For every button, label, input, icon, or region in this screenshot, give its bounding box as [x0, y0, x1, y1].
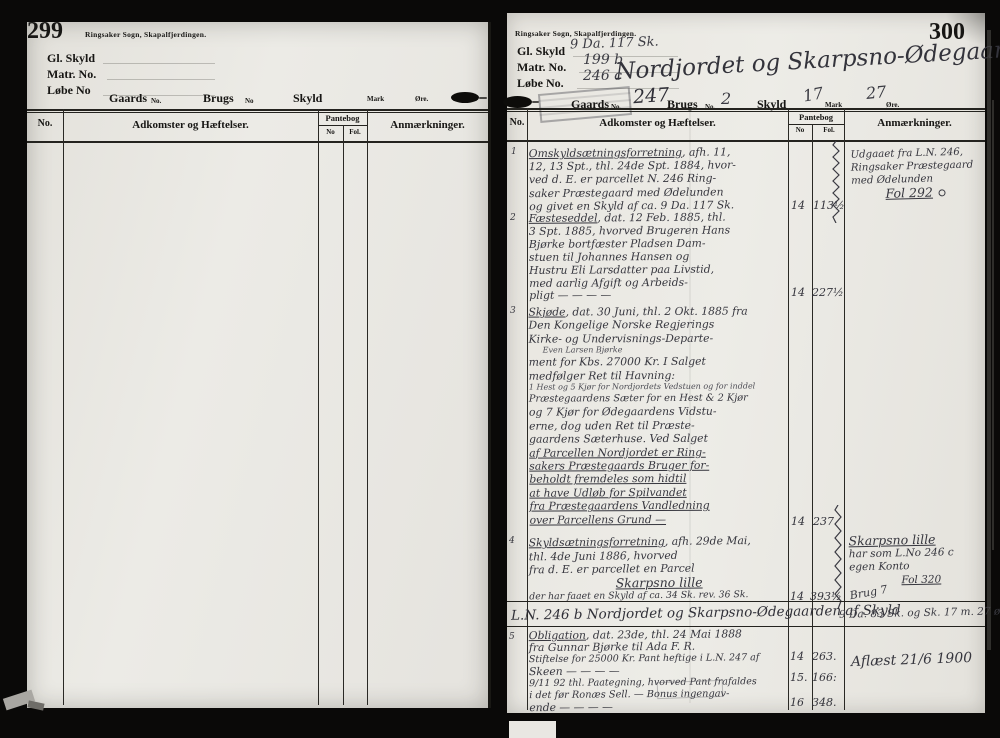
entry-number: 2 [510, 213, 516, 223]
handwriting-line: pligt — — — — [529, 289, 789, 304]
ruled-leader [103, 63, 215, 64]
entry-keyword: Skjøde [528, 305, 565, 318]
pantebog-no-value: 14 [791, 515, 805, 528]
pantebog-no-value: 14 [790, 650, 804, 663]
ruling-line [27, 109, 488, 111]
circle-mark-icon [939, 189, 946, 196]
handwriting-line: fra Præstegaardens Vandledning [529, 499, 789, 514]
pantebog-no-value: 14 [791, 286, 805, 299]
col-pb-no-header: No [788, 126, 812, 134]
gaards-label: Gaards [109, 91, 147, 106]
handwriting-line: ende — — — — [529, 700, 789, 714]
handwriting-line: erne, dog uden Ret til Præste- [529, 418, 789, 433]
brugs-no-label: No [245, 97, 254, 105]
ink-blot-tail [479, 97, 487, 99]
entry-keyword: Omskyldsætningsforretning [529, 146, 682, 160]
ruling-line [507, 108, 985, 110]
ink-blot [451, 92, 479, 103]
handwriting-line: at have Udløb for Spilvandet [529, 485, 789, 500]
ruling-line [788, 124, 844, 125]
gl-skyld-label: Gl. Skyld [47, 51, 95, 66]
entry-number: 5 [509, 632, 515, 642]
register-entry: Obligation, dat. 23de, thl. 24 Mai 1888 … [529, 628, 790, 714]
pantebog-no-value: 16 [790, 696, 804, 709]
entry-number: 3 [510, 306, 516, 316]
col-adkomster-header: Adkomster og Hæftelser. [527, 117, 788, 129]
pantebog-fol-value: 166: [812, 671, 837, 684]
handwriting-line: Den Kongelige Norske Regjerings [528, 318, 788, 333]
gaards-no-label: No. [611, 103, 621, 111]
ore-label: Øre. [415, 95, 428, 103]
pantebog-no-value: 14 [791, 199, 805, 212]
matr-no-label: Matr. No. [47, 67, 96, 82]
brace-icon [831, 141, 841, 223]
handwriting-line: medfølger Ret til Havning: [529, 368, 789, 383]
page-number: 299 [27, 18, 63, 45]
entry-number: 4 [509, 536, 515, 546]
register-entry: Fæsteseddel, dat. 12 Feb. 1885, thl. 3 S… [529, 211, 790, 303]
farm-name: Nordjordet og Skarpsno-Ødegaarden [615, 35, 1000, 85]
handwriting-line: og 7 Kjør for Ødegaardens Vidstu- [529, 405, 789, 420]
handwriting-line: gaardens Sæterhuse. Ved Salget [529, 432, 789, 447]
entry-keyword: Fæsteseddel [529, 211, 598, 224]
scan-notch [509, 721, 556, 738]
ink-blot [503, 96, 532, 108]
pantebog-no-value: 15. [790, 671, 808, 684]
register-entry: Skyldsætningsforretning, afh. 29de Mai, … [529, 534, 790, 605]
parish-heading: Ringsaker Sogn, Skapalfjerdingen. [85, 30, 206, 39]
handwriting-line: Skyldsætningsforretning, afh. 29de Mai, [529, 534, 789, 550]
handwriting-line: over Parcellens Grund — [530, 512, 790, 527]
ruled-leader [107, 79, 215, 80]
ruling-line [507, 140, 985, 142]
handwriting-line: ment for Kbs. 27000 Kr. I Salget [529, 355, 789, 370]
mark-label: Mark [367, 95, 384, 103]
skyld-mark-value: 17 [802, 83, 825, 105]
register-entry: Skjøde, dat. 30 Juni, thl. 2 Okt. 1885 f… [528, 304, 789, 526]
col-pantebog-header: Pantebog [318, 113, 367, 123]
skyld-ore-value: 27 [865, 82, 887, 103]
handwriting-line: Skjøde, dat. 30 Juni, thl. 2 Okt. 1885 f… [528, 304, 788, 319]
right-page: Ringsaker Sogn, Skapalfjerdingen. 300 Gl… [507, 13, 985, 713]
register-entry: Omskyldsætningsforretning, afh. 11, 12, … [529, 145, 790, 213]
brugs-label: Brugs [203, 91, 234, 106]
brace-icon [833, 505, 843, 609]
ruling-line [27, 141, 488, 143]
entry-keyword: Skyldsætningsforretning [529, 535, 665, 549]
ruling-line [507, 111, 985, 112]
handwriting-line: Præstegaardens Sæter for en Hest & 2 Kjø… [529, 391, 789, 406]
page-stack-edge [992, 100, 994, 550]
handwriting-line: beholdt fremdeles som hidtil [529, 472, 789, 487]
ruling-line [343, 125, 344, 705]
page-stack-edge [987, 30, 991, 650]
col-pb-fol-header: Fol. [343, 128, 367, 136]
ruling-line [63, 109, 64, 705]
gl-skyld-value: 9 Da. 117 Sk. [570, 34, 659, 52]
anm-block: Udgaaet fra L.N. 246, Ringsaker Præstega… [850, 145, 983, 200]
lobe-no-label: Løbe No [47, 83, 91, 98]
ruling-line [318, 109, 319, 705]
col-pb-fol-header: Fol. [814, 126, 844, 134]
col-no-header: No. [27, 118, 63, 129]
col-no-header: No. [507, 117, 527, 128]
gaards-no-label: No. [151, 97, 161, 105]
pantebog-fol-value: 237 [813, 515, 834, 528]
col-anm-header: Anmærkninger. [367, 119, 488, 131]
pantebog-fol-value: 227½ [812, 286, 844, 299]
anm-block: Skarpsno lille har som L.No 246 c egen K… [848, 532, 983, 589]
official-stamp [657, 680, 724, 699]
ruling-line [367, 109, 368, 705]
anm-note: Aflæst 21/6 1900 [851, 650, 973, 670]
handwriting-line: 1 Hest og 5 Kjør for Nordjordets Vedstue… [529, 381, 789, 392]
brugs-no-label: No. [705, 103, 715, 111]
entry-number: 1 [511, 147, 517, 157]
pantebog-fol-value: 348. [812, 696, 837, 709]
matr-no-label: Matr. No. [517, 60, 566, 75]
handwriting-line: af Parcellen Nordjordet er Ring- [529, 445, 789, 460]
left-page: 299 Ringsaker Sogn, Skapalfjerdingen. Gl… [27, 22, 488, 708]
summary-value: 9 Da. 83 Sk. og Sk. 17 m. 27 ø. [839, 605, 1000, 620]
ruling-line [27, 112, 488, 113]
handwriting-line: sakers Præstegaards Bruger for- [529, 458, 789, 473]
pantebog-fol-value: 263. [812, 650, 837, 663]
ruling-line [507, 626, 985, 627]
col-adkomster-header: Adkomster og Hæftelser. [63, 119, 318, 131]
skyld-label: Skyld [757, 97, 786, 112]
scanned-register-spread: { "left_page": { "page_number": "299", "… [0, 0, 1000, 738]
brugs-label: Brugs [667, 97, 698, 112]
gaards-label: Gaards [571, 97, 609, 112]
col-pb-no-header: No [318, 128, 343, 136]
gl-skyld-label: Gl. Skyld [517, 44, 565, 59]
gaards-no-value: 247 [632, 84, 670, 108]
brugs-no-value: 2 [721, 89, 731, 108]
skyld-label: Skyld [293, 91, 322, 106]
ruling-line [507, 601, 985, 602]
col-pantebog-header: Pantebog [788, 112, 844, 122]
col-anm-header: Anmærkninger. [844, 117, 985, 129]
lobe-no-label: Løbe No. [517, 76, 564, 91]
handwriting-line: Kirke- og Undervisnings-Departe- [529, 331, 789, 346]
